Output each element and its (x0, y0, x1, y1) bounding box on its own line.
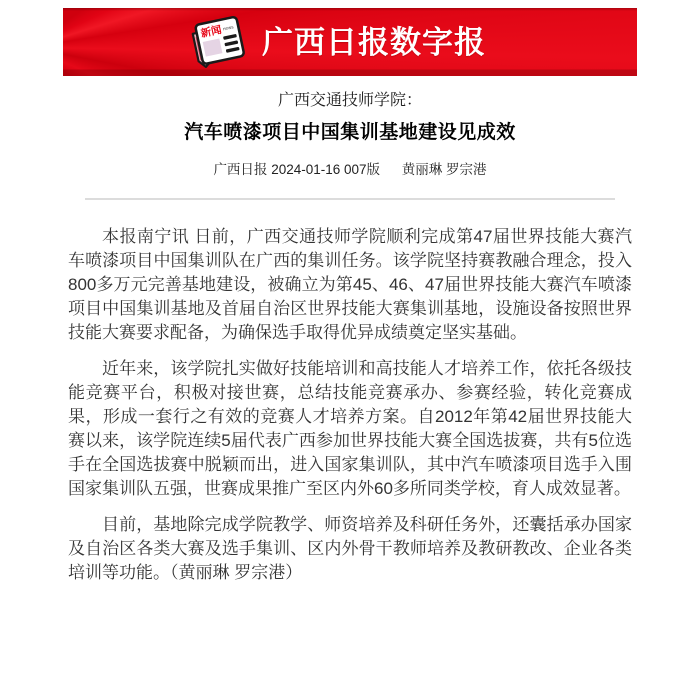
article-title: 汽车喷漆项目中国集训基地建设见成效 (63, 120, 637, 146)
masthead-inner: 新闻 news 广西日报数字报 (63, 8, 621, 76)
masthead-banner[interactable]: 新闻 news 广西日报数字报 (63, 8, 637, 76)
newspaper-icon: 新闻 news (182, 12, 252, 70)
article-authors: 黄丽琳 罗宗港 (402, 162, 487, 177)
page: 新闻 news 广西日报数字报 广西交通技师学院： 汽车喷漆项目中国集训基地建设… (0, 0, 700, 700)
article-header: 广西交通技师学院： 汽车喷漆项目中国集训基地建设见成效 广西日报 2024-01… (63, 76, 637, 178)
article-paragraph: 本报南宁讯 日前，广西交通技师学院顺利完成第47届世界技能大赛汽车喷漆项目中国集… (68, 225, 632, 345)
article-meta: 广西日报 2024-01-16 007版 黄丽琳 罗宗港 (63, 158, 637, 178)
article-paragraph: 目前，基地除完成学院教学、师资培养及科研任务外，还囊括承办国家及自治区各类大赛及… (68, 513, 632, 585)
article-body: 本报南宁讯 日前，广西交通技师学院顺利完成第47届世界技能大赛汽车喷漆项目中国集… (63, 200, 637, 585)
article-container: 新闻 news 广西日报数字报 广西交通技师学院： 汽车喷漆项目中国集训基地建设… (63, 0, 637, 585)
article-paragraph: 近年来，该学院扎实做好技能培训和高技能人才培养工作，依托各级技能竞赛平台，积极对… (68, 357, 632, 501)
article-kicker: 广西交通技师学院： (63, 90, 637, 112)
article-source-date: 广西日报 2024-01-16 007版 (213, 162, 380, 177)
masthead-title: 广西日报数字报 (262, 27, 486, 58)
